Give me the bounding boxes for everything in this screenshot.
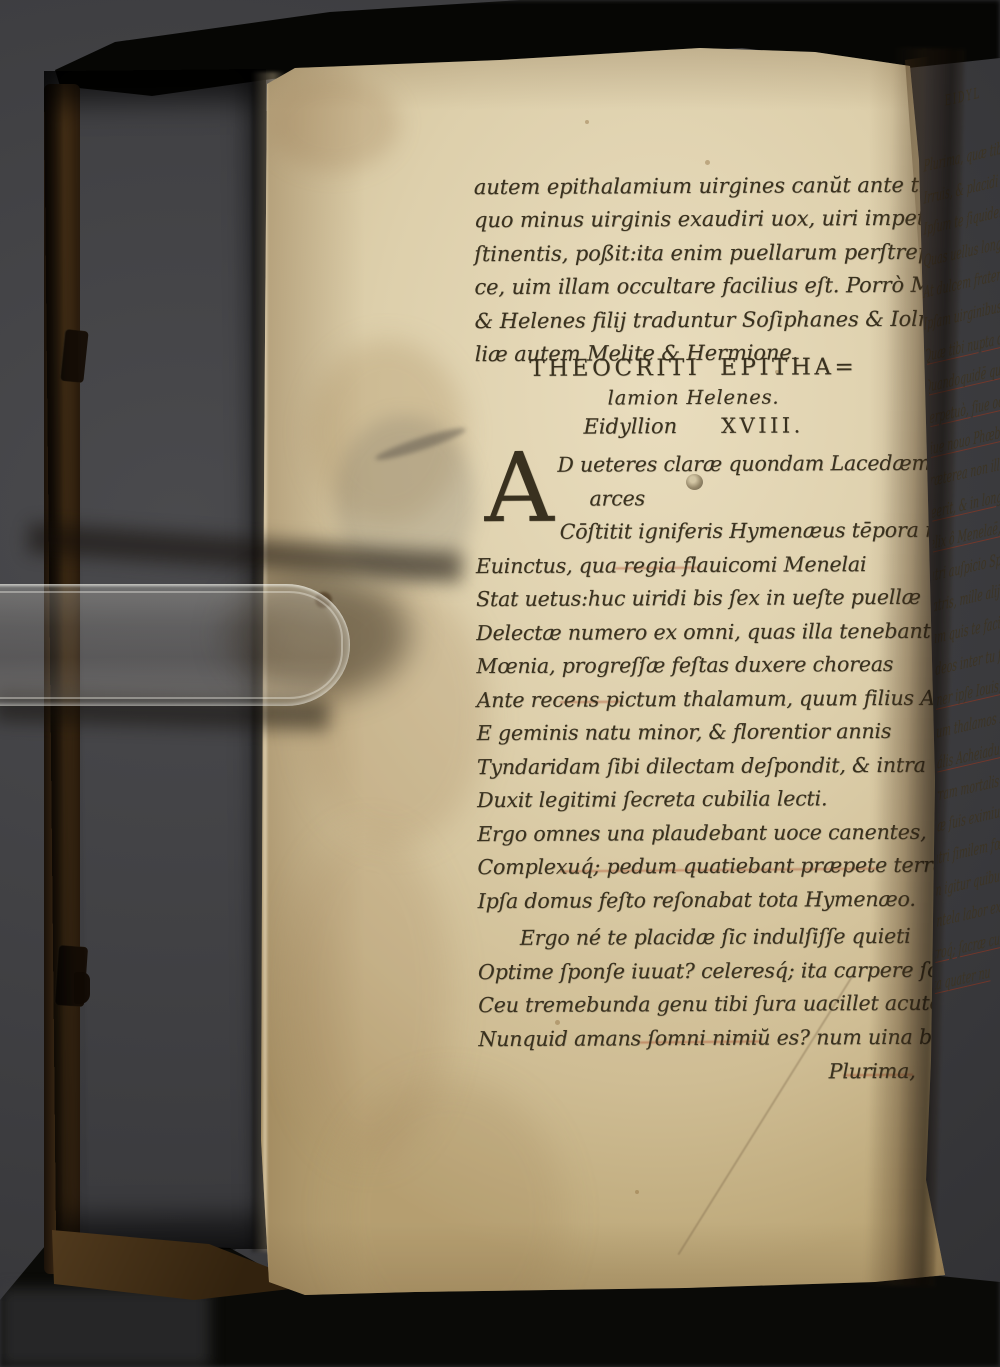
stain [373,424,467,465]
heading-title: THEOCRITI EPITHA= [475,352,912,385]
poem-line: Duxit legitimi ſecreta cubilia lecti. [477,782,914,818]
poem-line: Mœnia, progreſſæ feſtas duxere choreas [476,648,913,684]
poem-text: D ueteres claræ quondam Lacedæmonisarces… [475,447,915,1091]
poem-line: Ergo né te placidæ ſic indulſiſſe quieti [520,916,915,956]
poem-line: Ceu tremebunda genu tibi ſura uacillet a… [478,987,915,1023]
stain [287,830,452,1160]
poem-line: Cōſtitit igniferis Hymenæus tēpora ramis [560,514,913,549]
poem-line: Ipſa domus feſto reſonabat tota Hymenæo. [478,882,915,918]
poem-line: arces [589,480,912,515]
poem-line: Ergo omnes una plaudebant uoce canentes, [477,815,914,851]
prose-line: quo minus uirginis exaudiri uox, uiri im… [474,202,911,238]
prose-line: & Helenes filij traduntur Soſiphanes & I… [475,302,912,338]
transparent-page-weight [0,584,350,706]
prose-introduction: autem epithalamium uirgines canŭt ante t… [474,169,912,372]
stain [269,76,399,171]
poem-line: Complexuq́; pedum quatiebant præpete ter… [477,849,914,885]
poem-line: Plurima, [478,1054,915,1091]
foxing-speck [635,1190,639,1194]
heading-subtitle: lamion Helenes. [475,383,912,412]
poem-line: Delectæ numero ex omni, quas illa teneba… [476,614,913,650]
prose-line: ce, uim illam occultare facilius eſt. Po… [474,269,911,305]
poem-line: D ueteres claræ quondam Lacedæmonis [557,447,912,482]
prose-line: autem epithalamium uirgines canŭt ante t… [474,169,911,205]
stain [310,340,465,525]
idyll-word: Eidyllion [583,414,677,438]
poem-line: Tyndaridam ſibi dilectam deſpondit, & in… [477,748,914,784]
text-block: autem epithalamium uirgines canŭt ante t… [473,39,916,1141]
poem-line: Stat uetus:huc uiridi bis ſex in ueſte p… [476,581,913,617]
poem-line: Nunquid amans ſomni nimiŭ es? num uina b… [478,1020,915,1056]
table-surface [0,1288,210,1367]
poem-line: Optime ſponſe iuuat? celeresq́; ita carp… [478,953,915,989]
section-heading: THEOCRITI EPITHA= lamion Helenes. Eidyll… [475,352,912,442]
running-header: EIDYL [945,62,1000,110]
idyll-numeral: XVIII. [721,413,804,437]
book-photograph: autem epithalamium uirgines canŭt ante t… [0,0,1000,1367]
prose-line: ſtinentis, poßit:ita enim puellarum perſ… [474,236,911,272]
poem-line: Ante recens pictum thalamum, quum filius… [476,681,913,717]
strip-highlight-ridge [0,591,343,699]
poem-line: Euinctus, qua regia flauicomi Menelai [476,547,913,583]
poem-line: E geminis natu minor, & florentior annis [477,715,914,751]
